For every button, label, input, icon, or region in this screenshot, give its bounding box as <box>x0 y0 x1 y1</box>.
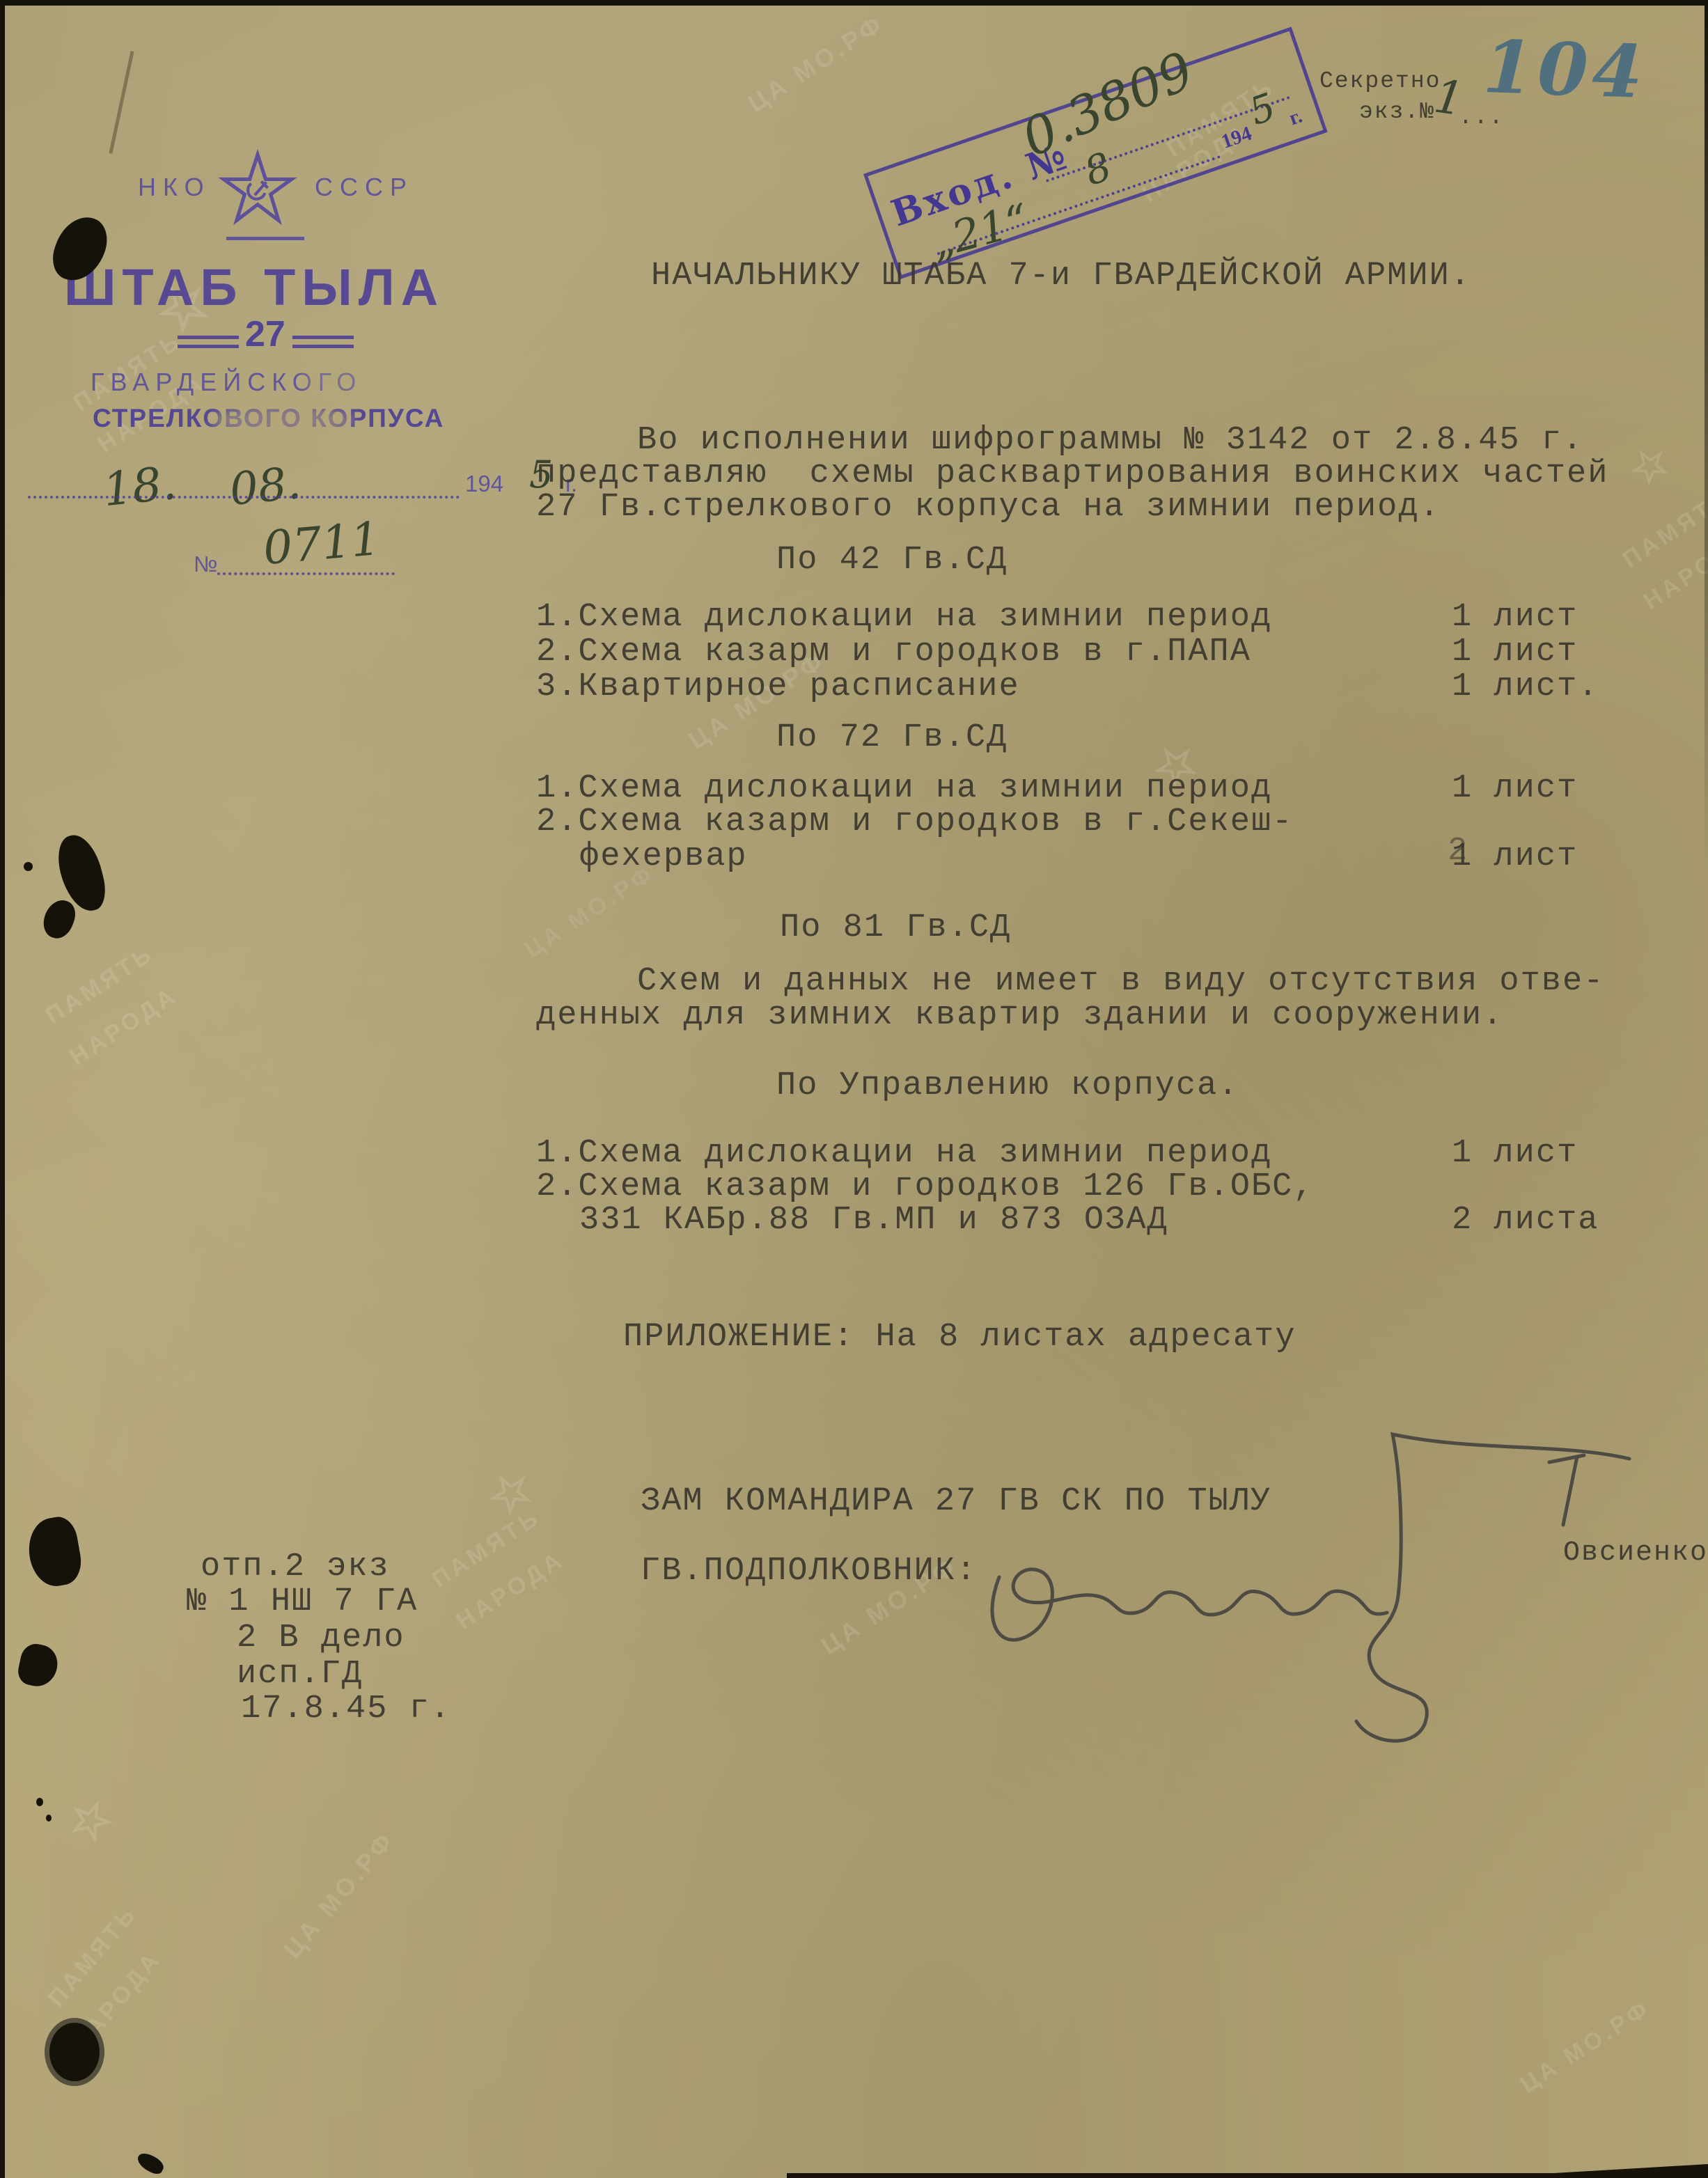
item-count: 1 лист <box>1452 840 1578 874</box>
item-count: 2 листа <box>1452 1203 1599 1237</box>
item-text: 1.Схема дислокации на зимнии период <box>536 770 1272 807</box>
paper-hole <box>24 862 33 871</box>
item-text: фехервар <box>536 838 748 875</box>
copies-line-3: 2 В дело <box>237 1621 405 1655</box>
scan-edge-left <box>0 0 5 2178</box>
scan-corner <box>1471 2164 1708 2178</box>
item-text: 2.Схема казарм и городков 126 Гв.ОБС, <box>536 1168 1315 1205</box>
handwritten-stamp-month: 8 <box>1079 144 1118 195</box>
handwritten-signature <box>933 1420 1708 1755</box>
incoming-stamp: Вход. № 0.3809 „21“ 8 194 5 г. <box>863 26 1328 279</box>
punch-hole <box>45 2018 104 2086</box>
section-81-line-2: денных для зимних квартир здании и соору… <box>536 998 1503 1033</box>
stamp-year-g: г. <box>1287 105 1306 131</box>
copies-line-1: отп.2 экз <box>201 1550 390 1584</box>
watermark-ca-mo-rf: ЦА МО.РФ <box>743 8 890 118</box>
list-item: 1.Схема дислокации на зимнии период 1 ли… <box>536 771 1643 806</box>
item-count: 1 лист <box>1452 635 1578 669</box>
list-item: 1.Схема дислокации на зимнии период 1 ли… <box>536 1136 1643 1170</box>
page-number: 104 <box>1482 24 1648 115</box>
intro-line-2: представляю схемы расквартирования воинс… <box>536 457 1608 491</box>
letterhead-sssr: СССР <box>315 173 414 202</box>
section-81-line-1: Схем и данных не имеет в виду отсутствия… <box>637 964 1604 998</box>
list-item: 2.Схема казарм и городков в г.ПАПА 1 лис… <box>536 635 1643 669</box>
item-text: 3.Квартирное расписание <box>536 668 1020 705</box>
handwritten-incoming-number: 0.3809 <box>1013 40 1202 169</box>
list-item: 1.Схема дислокации на зимнии период 1 ли… <box>536 600 1643 634</box>
ink-fade-patch <box>299 366 383 394</box>
number-label: № <box>194 551 217 577</box>
item-count: 1 лист <box>1452 771 1578 806</box>
intro-line-3: 27 Гв.стрелкового корпуса на зимнии пери… <box>536 490 1441 524</box>
watermark-ca-mo-rf: ЦА МО.РФ <box>278 1825 401 1964</box>
list-item: 2.Схема казарм и городков в г.Секеш- <box>536 805 1643 839</box>
copies-line-4: исп.ГД <box>237 1657 363 1691</box>
paper-hole <box>39 896 80 943</box>
item-count: 1 лист <box>1452 600 1578 634</box>
watermark-star-icon: ☆ <box>52 1781 128 1856</box>
dash-left <box>178 336 239 348</box>
copies-line-5: 17.8.45 г. <box>241 1692 451 1726</box>
paper-crease <box>109 51 134 154</box>
watermark-ca-mo-rf: ЦА МО.РФ <box>520 860 660 964</box>
ink-fade-patch <box>209 405 355 436</box>
section-heading: По 72 Гв.СД <box>776 721 1008 755</box>
watermark-ca-mo-rf: ЦА МО.РФ <box>1516 1995 1656 2099</box>
scan-edge-right <box>1705 0 1708 871</box>
list-item: фехервар 2 1 лист <box>536 840 1643 874</box>
handwritten-month: 08. <box>227 457 303 516</box>
dash-right <box>292 336 354 348</box>
list-item: 3.Квартирное расписание 1 лист. <box>536 670 1643 704</box>
section-heading: По 42 Гв.СД <box>776 543 1008 577</box>
watermark-star-icon: ☆ <box>1619 431 1684 499</box>
letterhead-title: ШТАБ ТЫЛА <box>64 258 444 317</box>
paper-sheet: ЦА МО.РФ ПАМЯТЬ НАРОДА ☆ ПАМЯТЬ НАРОДА Ц… <box>0 0 1708 2178</box>
date-dotted-line <box>28 496 460 499</box>
copy-label: экз.№ <box>1359 100 1435 125</box>
item-text: 331 КАБр.88 Гв.МП и 873 ОЗАД <box>536 1202 1168 1239</box>
list-item: 331 КАБр.88 Гв.МП и 873 ОЗАД 2 листа <box>536 1203 1643 1237</box>
intro-line-1: Во исполнении шифрограммы № 3142 от 2.8.… <box>637 423 1583 457</box>
handwritten-doc-number: 0711 <box>261 512 382 575</box>
document-page: ЦА МО.РФ ПАМЯТЬ НАРОДА ☆ ПАМЯТЬ НАРОДА Ц… <box>0 0 1708 2178</box>
item-count: 1 лист <box>1452 1136 1578 1170</box>
section-heading: По Управлению корпуса. <box>776 1069 1239 1103</box>
number-dotted-line <box>217 572 395 575</box>
item-text: 1.Схема дислокации на зимнии период <box>536 599 1272 636</box>
scan-edge-top <box>0 0 1708 6</box>
paper-hole <box>36 1798 43 1806</box>
letterhead-nko: НКО <box>138 173 211 202</box>
stamp-year-printed: 194 <box>1219 122 1255 153</box>
paper-hole <box>24 1514 85 1590</box>
letterhead-number: 27 <box>245 313 285 355</box>
list-item: 2.Схема казарм и городков 126 Гв.ОБС, <box>536 1170 1643 1204</box>
section-heading: По 81 Гв.СД <box>780 911 1011 945</box>
signature-rank-line: ГВ.ПОДПОЛКОВНИК: <box>641 1554 977 1588</box>
paper-hole <box>15 1641 61 1690</box>
handwritten-day: 18. <box>100 456 178 517</box>
letterhead-divider <box>226 237 304 240</box>
item-count: 1 лист. <box>1452 670 1599 704</box>
item-text: 2.Схема казарм и городков в г.ПАПА <box>536 634 1251 671</box>
handwritten-stamp-year: 5 <box>1244 84 1281 134</box>
year-printed: 194 <box>465 471 503 497</box>
star-hammer-sickle-icon <box>221 152 294 230</box>
address-line: НАЧАЛЬНИКУ ШТАБА 7-и ГВАРДЕЙСКОЙ АРМИИ. <box>651 259 1471 293</box>
paper-hole <box>134 2150 166 2177</box>
item-text: 1.Схема дислокации на зимнии период <box>536 1135 1272 1172</box>
secret-label: Секретно <box>1319 70 1441 94</box>
attachment-line: ПРИЛОЖЕНИЕ: На 8 листах адресату <box>623 1320 1296 1354</box>
paper-hole <box>46 1815 52 1821</box>
copies-line-2: № 1 НШ 7 ГА <box>187 1585 418 1619</box>
item-text: 2.Схема казарм и городков в г.Секеш- <box>536 804 1293 840</box>
